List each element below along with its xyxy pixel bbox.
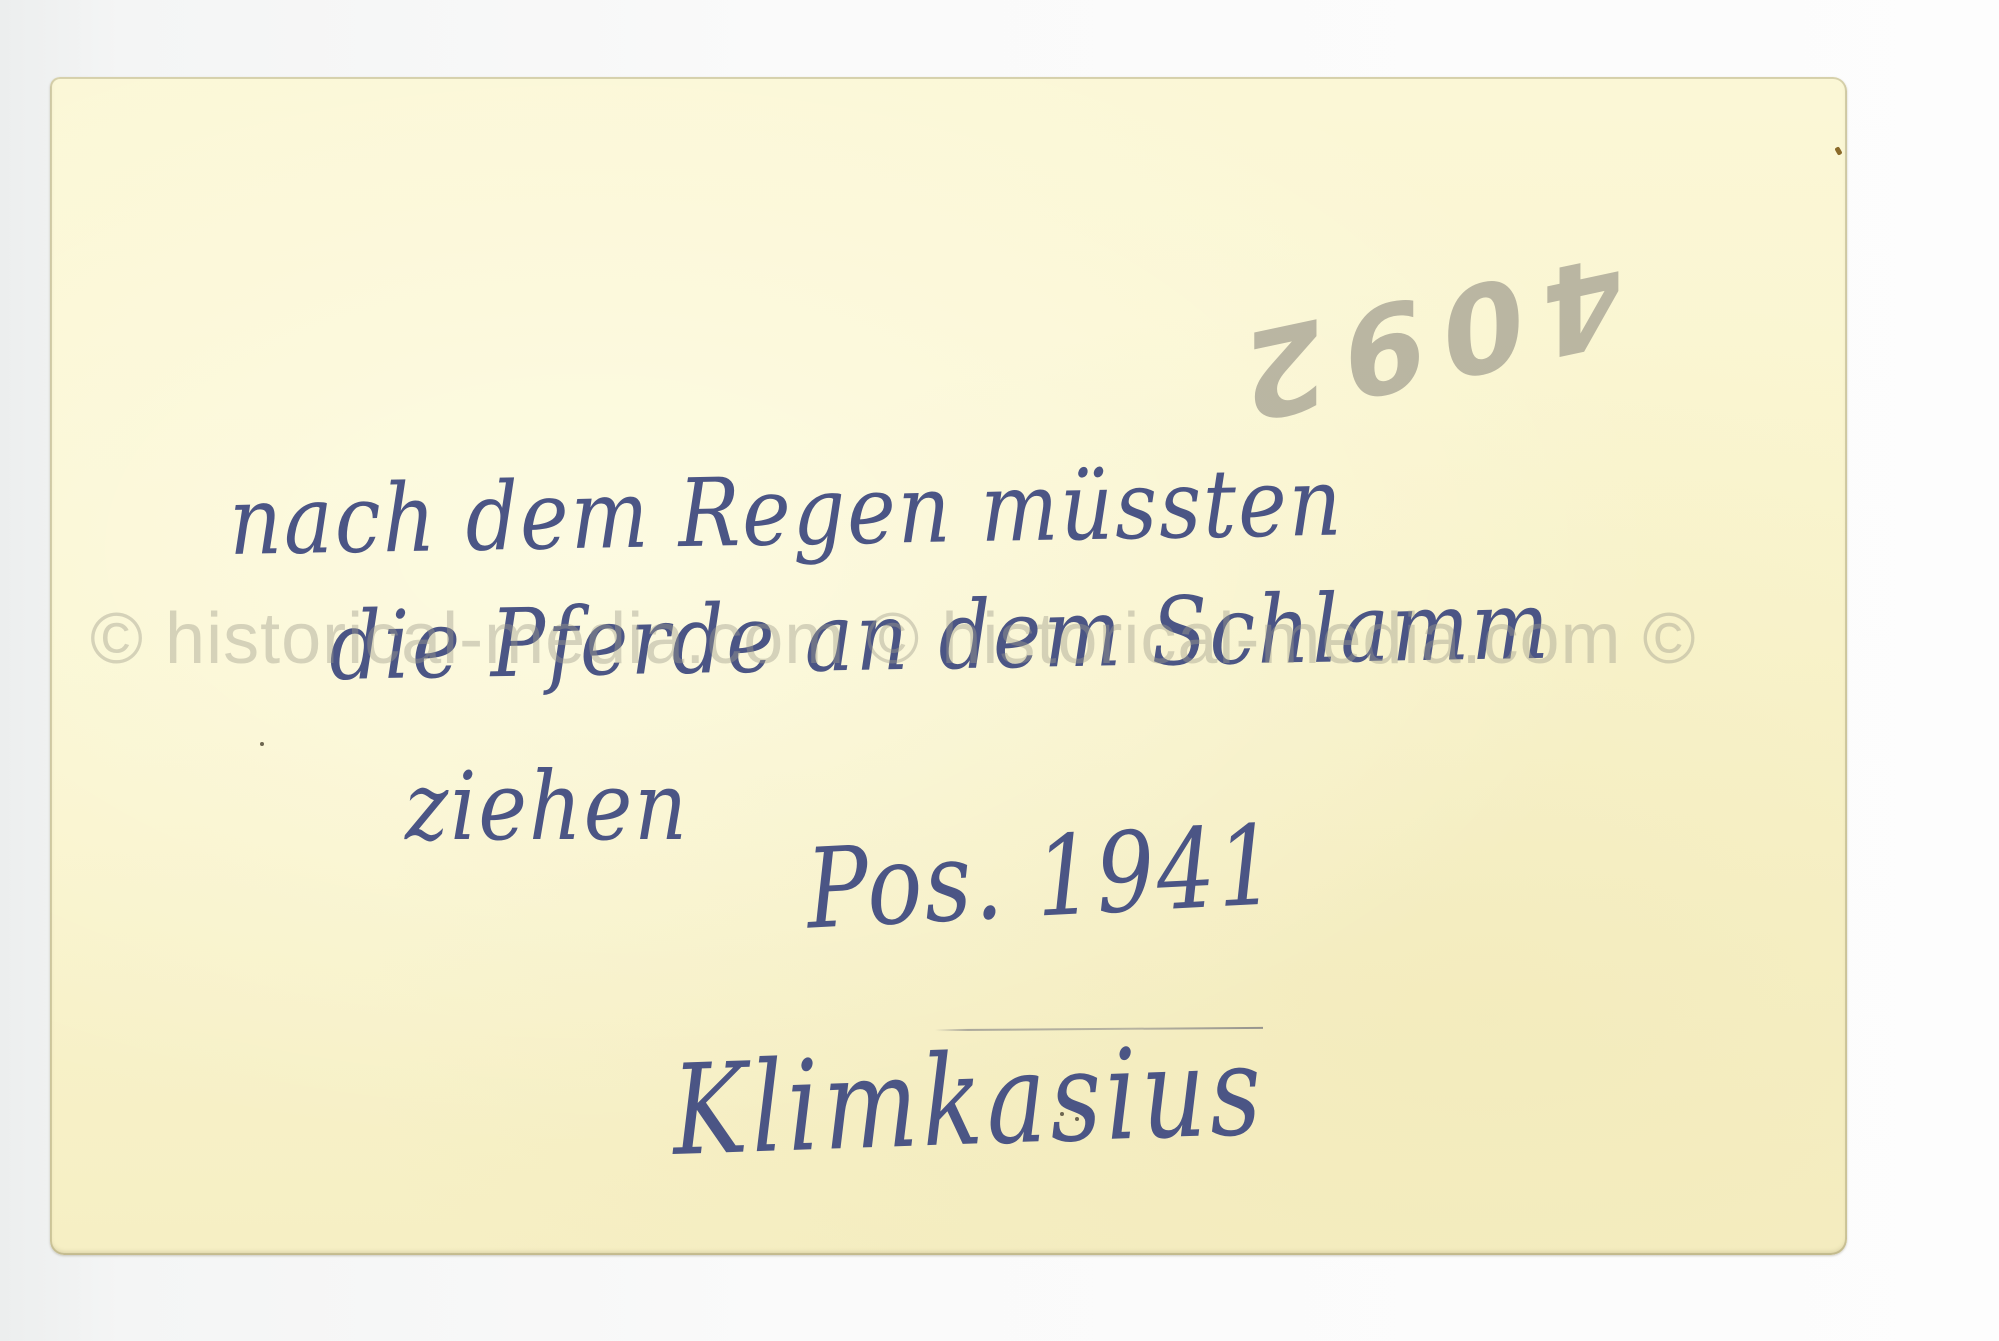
signature: Klimkasius: [670, 1017, 1267, 1184]
pencil-inventory-number: 4092: [1220, 217, 1631, 458]
photo-card-back: 4092 nach dem Regen müssten die Pferde a…: [50, 77, 1847, 1255]
ink-speck: [260, 742, 264, 746]
ink-speck: [1060, 1112, 1064, 1116]
handwritten-date-line: Pos. 1941: [803, 801, 1280, 954]
paper-blemish: [1834, 146, 1842, 155]
handwritten-line-1: nach dem Regen müssten: [228, 448, 1344, 577]
handwritten-line-2: die Pferde an dem Schlamm: [328, 571, 1552, 702]
handwritten-line-3: ziehen: [405, 753, 689, 862]
ink-speck: [1075, 1117, 1079, 1121]
